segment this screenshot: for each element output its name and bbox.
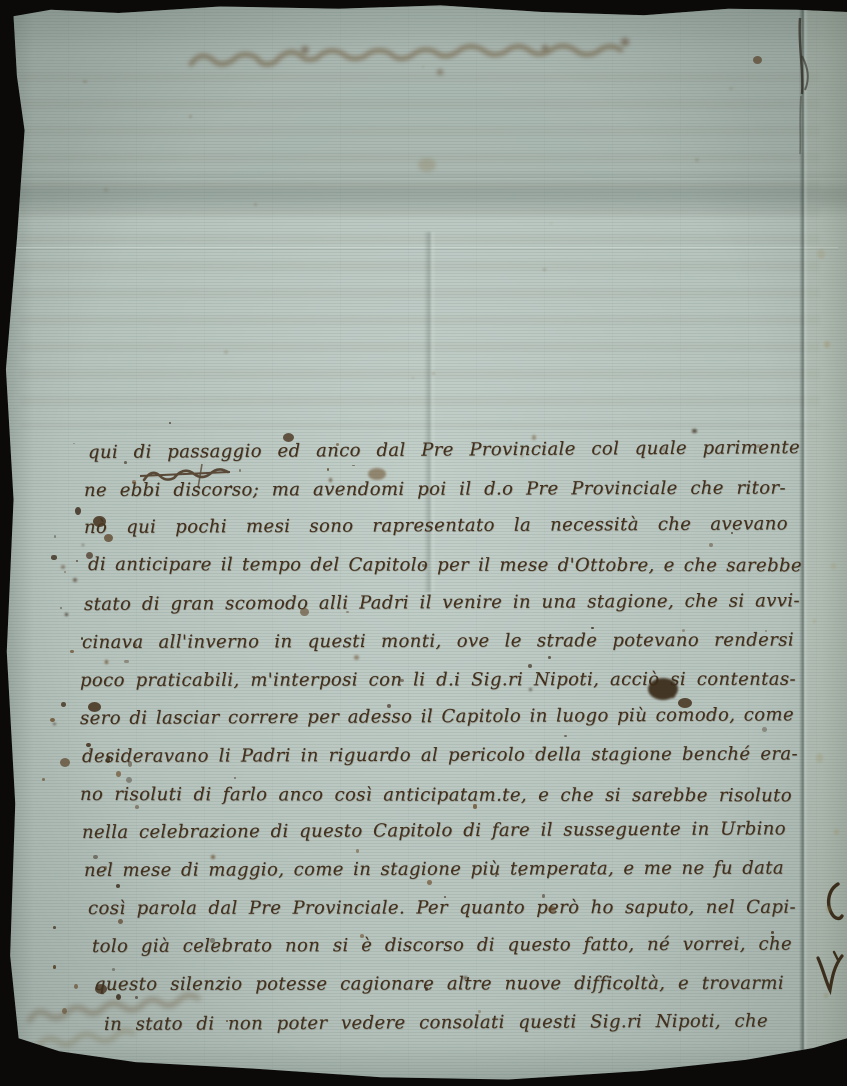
manuscript-line: questo silenzio potesse cagionare altre … [94, 971, 784, 998]
manuscript-line: nel mese di maggio, come in stagione più… [84, 856, 784, 884]
manuscript-line: ne ebbi discorso; ma avendomi poi il d.o… [84, 476, 786, 504]
manuscript-line: così parola dal Pre Provinciale. Per qua… [88, 895, 796, 922]
manuscript-line: sero di lasciar correre per adesso il Ca… [80, 702, 794, 732]
manuscript-line: nò qui pochi mesi sono rapresentato la n… [84, 511, 788, 541]
manuscript-line: di anticipare il tempo del Capitolo per … [88, 552, 802, 579]
manuscript-page: qui di passaggio ed anco dal Pre Provinc… [0, 0, 847, 1086]
manuscript-line: in stato di non poter vedere consolati q… [104, 1009, 768, 1038]
manuscript-scan: qui di passaggio ed anco dal Pre Provinc… [0, 0, 847, 1086]
letter-body: qui di passaggio ed anco dal Pre Provinc… [0, 0, 847, 1086]
manuscript-line: nella celebrazione di questo Capitolo di… [82, 816, 786, 846]
manuscript-line: qui di passaggio ed anco dal Pre Provinc… [88, 435, 800, 466]
manuscript-line: no risoluti di farlo anco così anticipat… [80, 782, 792, 809]
manuscript-line: stato di gran scomodo alli Padri il veni… [84, 588, 800, 618]
manuscript-line: tolo già celebrato non si è discorso di … [92, 932, 792, 960]
manuscript-line: poco praticabili, m'interposi con li d.i… [80, 667, 796, 694]
manuscript-line: cinava all'inverno in questi monti, ove … [82, 628, 794, 656]
manuscript-line: desideravano li Padri in riguardo al per… [82, 742, 798, 770]
